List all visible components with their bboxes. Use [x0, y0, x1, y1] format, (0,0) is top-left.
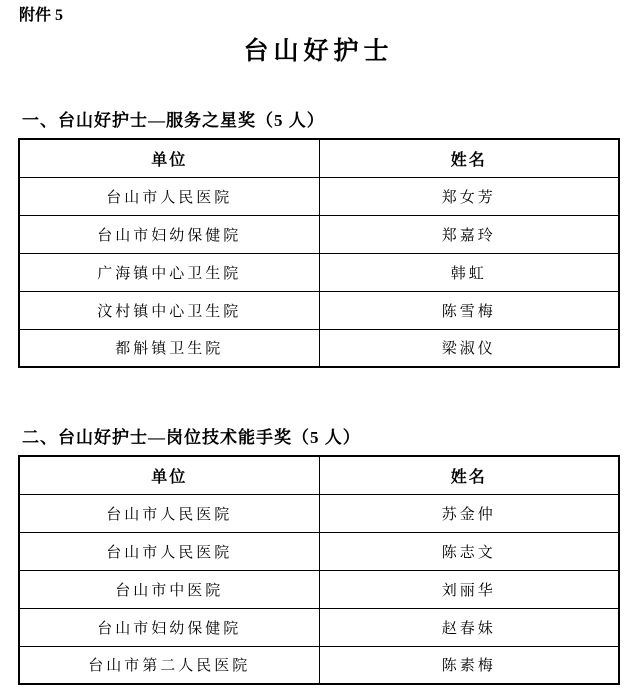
unit-cell: 台山市妇幼保健院: [19, 608, 319, 646]
unit-column-header: 单位: [19, 139, 319, 177]
service-star-awards-table: 单位 姓名 台山市人民医院 郑女芳 台山市妇幼保健院 郑嘉玲 广海镇中心卫生院 …: [18, 138, 620, 368]
name-column-header: 姓名: [319, 456, 619, 494]
table-row: 台山市第二人民医院 陈素梅: [19, 646, 619, 684]
unit-cell: 台山市第二人民医院: [19, 646, 319, 684]
name-cell: 郑嘉玲: [319, 215, 619, 253]
unit-cell: 广海镇中心卫生院: [19, 253, 319, 291]
unit-cell: 台山市人民医院: [19, 532, 319, 570]
name-cell: 梁淑仪: [319, 329, 619, 367]
table-header-row: 单位 姓名: [19, 139, 619, 177]
name-cell: 陈雪梅: [319, 291, 619, 329]
unit-cell: 台山市人民医院: [19, 177, 319, 215]
section-heading-service-star: 一、台山好护士—服务之星奖（5 人）: [22, 109, 637, 133]
table-row: 台山市人民医院 苏金仲: [19, 494, 619, 532]
table-row: 广海镇中心卫生院 韩虹: [19, 253, 619, 291]
name-cell: 刘丽华: [319, 570, 619, 608]
name-cell: 韩虹: [319, 253, 619, 291]
table-row: 台山市妇幼保健院 赵春妹: [19, 608, 619, 646]
table-row: 汶村镇中心卫生院 陈雪梅: [19, 291, 619, 329]
skill-expert-awards-table: 单位 姓名 台山市人民医院 苏金仲 台山市人民医院 陈志文 台山市中医院 刘丽华…: [18, 455, 620, 685]
unit-column-header: 单位: [19, 456, 319, 494]
name-cell: 陈志文: [319, 532, 619, 570]
unit-cell: 汶村镇中心卫生院: [19, 291, 319, 329]
unit-cell: 都斛镇卫生院: [19, 329, 319, 367]
section-heading-skill-expert: 二、台山好护士—岗位技术能手奖（5 人）: [22, 426, 637, 450]
attachment-label: 附件 5: [19, 6, 637, 26]
table-row: 台山市人民医院 郑女芳: [19, 177, 619, 215]
unit-cell: 台山市中医院: [19, 570, 319, 608]
document-page: 附件 5 台山好护士 一、台山好护士—服务之星奖（5 人） 单位 姓名 台山市人…: [0, 0, 637, 700]
unit-cell: 台山市人民医院: [19, 494, 319, 532]
table-row: 台山市人民医院 陈志文: [19, 532, 619, 570]
page-title: 台山好护士: [0, 35, 637, 69]
table-row: 台山市中医院 刘丽华: [19, 570, 619, 608]
table-row: 都斛镇卫生院 梁淑仪: [19, 329, 619, 367]
name-cell: 赵春妹: [319, 608, 619, 646]
name-cell: 苏金仲: [319, 494, 619, 532]
name-cell: 陈素梅: [319, 646, 619, 684]
unit-cell: 台山市妇幼保健院: [19, 215, 319, 253]
table-row: 台山市妇幼保健院 郑嘉玲: [19, 215, 619, 253]
table-header-row: 单位 姓名: [19, 456, 619, 494]
name-column-header: 姓名: [319, 139, 619, 177]
name-cell: 郑女芳: [319, 177, 619, 215]
